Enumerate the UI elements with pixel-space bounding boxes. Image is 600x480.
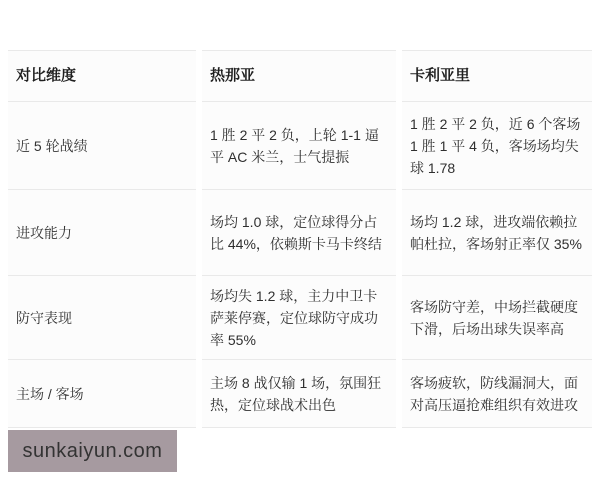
header-team-genoa: 热那亚	[202, 50, 396, 102]
row-recent-form-label: 近 5 轮战绩	[8, 102, 196, 190]
page: 对比维度 热那亚 卡利亚里 近 5 轮战绩 1 胜 2 平 2 负，上轮 1-1…	[0, 0, 600, 480]
row-home-away-cagliari: 客场疲软，防线漏洞大，面对高压逼抢难组织有效进攻	[402, 360, 592, 428]
team-comparison-table: 对比维度 热那亚 卡利亚里 近 5 轮战绩 1 胜 2 平 2 负，上轮 1-1…	[8, 50, 592, 428]
row-home-away-genoa: 主场 8 战仅输 1 场，氛围狂热，定位球战术出色	[202, 360, 396, 428]
row-defense-cagliari: 客场防守差，中场拦截硬度下滑，后场出球失误率高	[402, 276, 592, 360]
row-defense-genoa: 场均失 1.2 球，主力中卫卡萨莱停赛，定位球防守成功率 55%	[202, 276, 396, 360]
row-recent-form-cagliari: 1 胜 2 平 2 负，近 6 个客场 1 胜 1 平 4 负，客场场均失球 1…	[402, 102, 592, 190]
row-defense-label: 防守表现	[8, 276, 196, 360]
row-recent-form-genoa: 1 胜 2 平 2 负，上轮 1-1 逼平 AC 米兰，士气提振	[202, 102, 396, 190]
row-home-away-label: 主场 / 客场	[8, 360, 196, 428]
header-dimension: 对比维度	[8, 50, 196, 102]
header-team-cagliari: 卡利亚里	[402, 50, 592, 102]
row-attack-cagliari: 场均 1.2 球，进攻端依赖拉帕杜拉，客场射正率仅 35%	[402, 190, 592, 276]
watermark-text: sunkaiyun.com	[23, 440, 163, 463]
watermark-badge: sunkaiyun.com	[8, 430, 177, 472]
row-attack-genoa: 场均 1.0 球，定位球得分占比 44%，依赖斯卡马卡终结	[202, 190, 396, 276]
row-attack-label: 进攻能力	[8, 190, 196, 276]
